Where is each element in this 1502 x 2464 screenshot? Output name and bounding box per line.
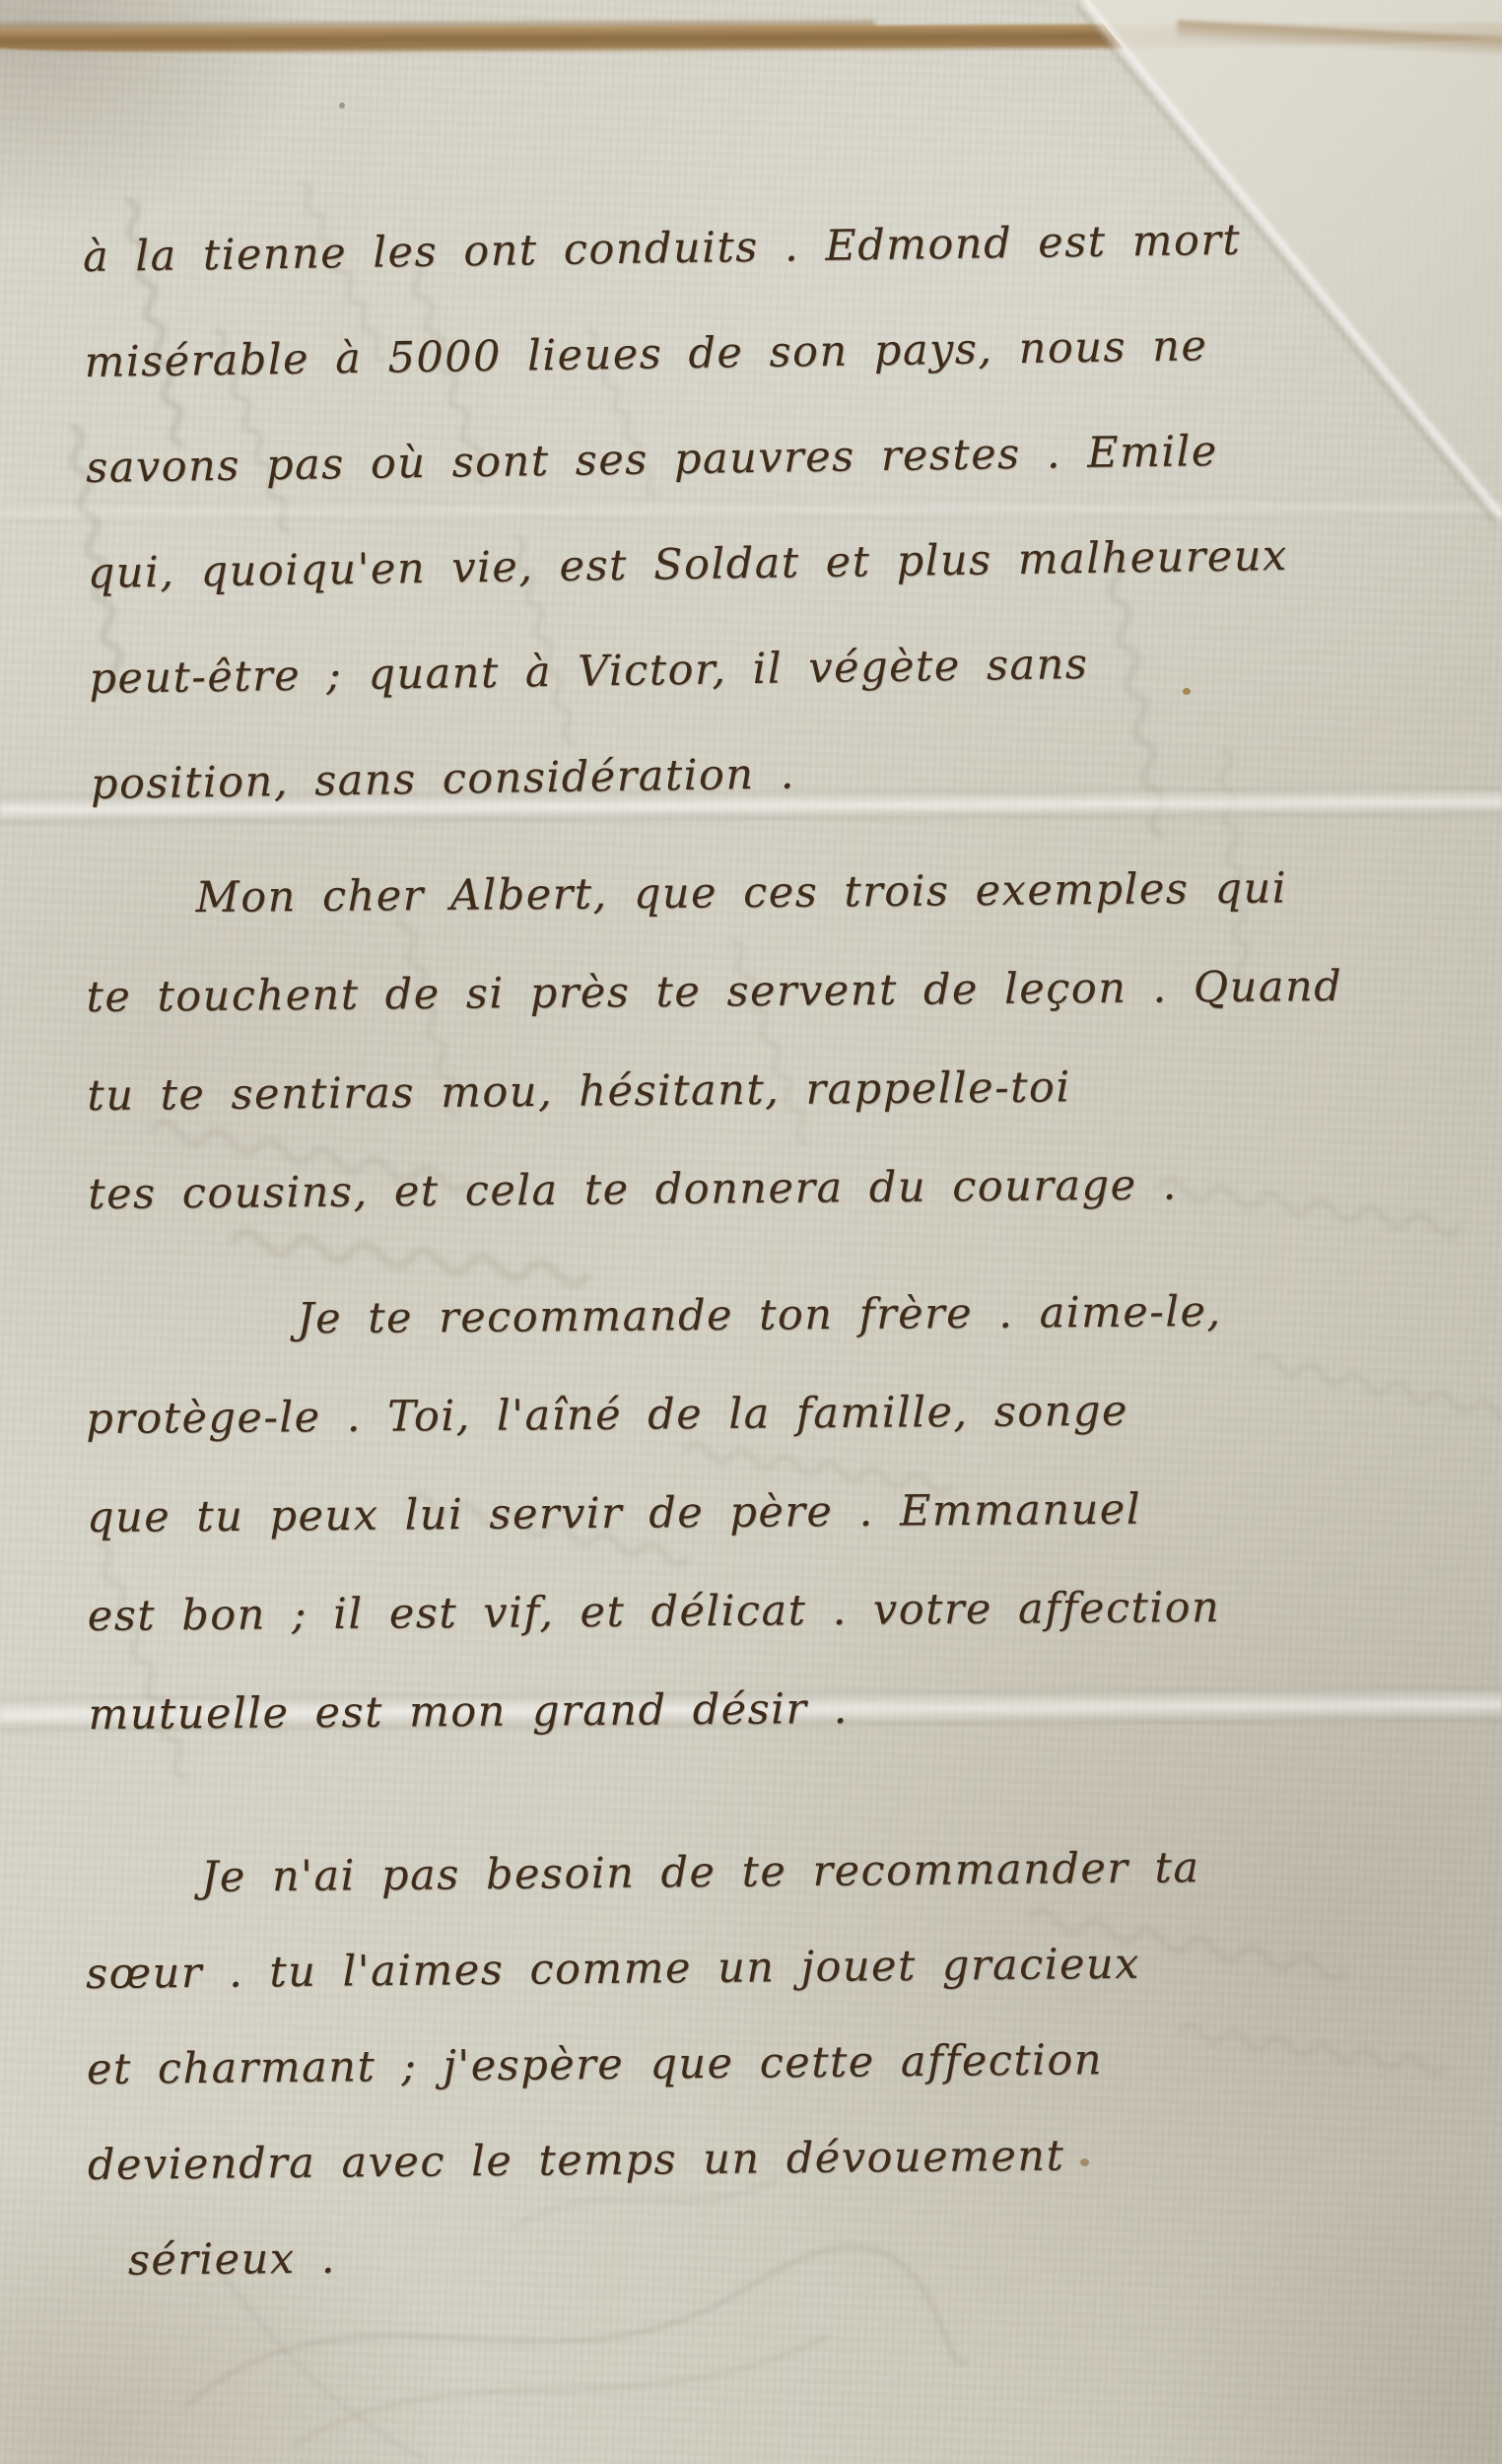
- handwritten-line: que tu peux lui servir de père . Emmanue…: [87, 1458, 1468, 1567]
- handwritten-line: deviendra avec le temps un dévouement: [87, 2105, 1468, 2214]
- letter-photograph: à la tienne les ont conduits . Edmond es…: [0, 0, 1502, 2464]
- paragraph-4: Je n'ai pas besoin de te recommander ta …: [85, 1818, 1469, 2309]
- foxing-speck: [1183, 688, 1191, 695]
- handwritten-line: à la tienne les ont conduits . Edmond es…: [82, 184, 1463, 310]
- handwritten-line: tu te sentiras mou, hésitant, rappelle-t…: [87, 1035, 1468, 1145]
- handwritten-line: qui, quoiqu'en vie, est Soldat et plus m…: [87, 501, 1468, 627]
- paragraph-2: Mon cher Albert, que ces trois exemples …: [85, 838, 1468, 1244]
- handwritten-line: Mon cher Albert, que ces trois exemples …: [85, 838, 1466, 948]
- paragraph-1: à la tienne les ont conduits . Edmond es…: [82, 184, 1470, 838]
- foxing-speck: [1080, 2158, 1089, 2166]
- handwritten-line: tes cousins, et cela te donnera du coura…: [88, 1133, 1468, 1244]
- paragraph-3: Je te recommande ton frère . aime-le, pr…: [85, 1261, 1468, 1764]
- handwritten-letter-text: à la tienne les ont conduits . Edmond es…: [87, 205, 1467, 2309]
- handwritten-line: savons pas où sont ses pauvres restes . …: [85, 395, 1466, 521]
- handwritten-line: Je te recommande ton frère . aime-le,: [85, 1261, 1466, 1370]
- handwritten-line: protège-le . Toi, l'aîné de la famille, …: [86, 1359, 1467, 1469]
- handwritten-line: sœur . tu l'aimes comme un jouet gracieu…: [86, 1914, 1467, 2022]
- handwritten-line: position, sans considération .: [90, 712, 1470, 838]
- handwritten-line: misérable à 5000 lieues de son pays, nou…: [84, 290, 1465, 416]
- handwritten-line: mutuelle est mon grand désir .: [88, 1655, 1468, 1764]
- handwritten-line: sérieux .: [88, 2201, 1468, 2309]
- handwritten-line: est bon ; il est vif, et délicat . votre…: [87, 1556, 1468, 1666]
- corner-fold-edge: [1177, 21, 1502, 59]
- handwritten-line: et charmant ; j'espère que cette affecti…: [87, 2010, 1468, 2118]
- handwritten-line: te touchent de si près te servent de leç…: [86, 936, 1467, 1047]
- foxing-speck: [339, 103, 345, 108]
- handwritten-line: Je n'ai pas besoin de te recommander ta: [85, 1818, 1466, 1927]
- handwritten-line: peut-être ; quant à Victor, il végète sa…: [89, 606, 1469, 732]
